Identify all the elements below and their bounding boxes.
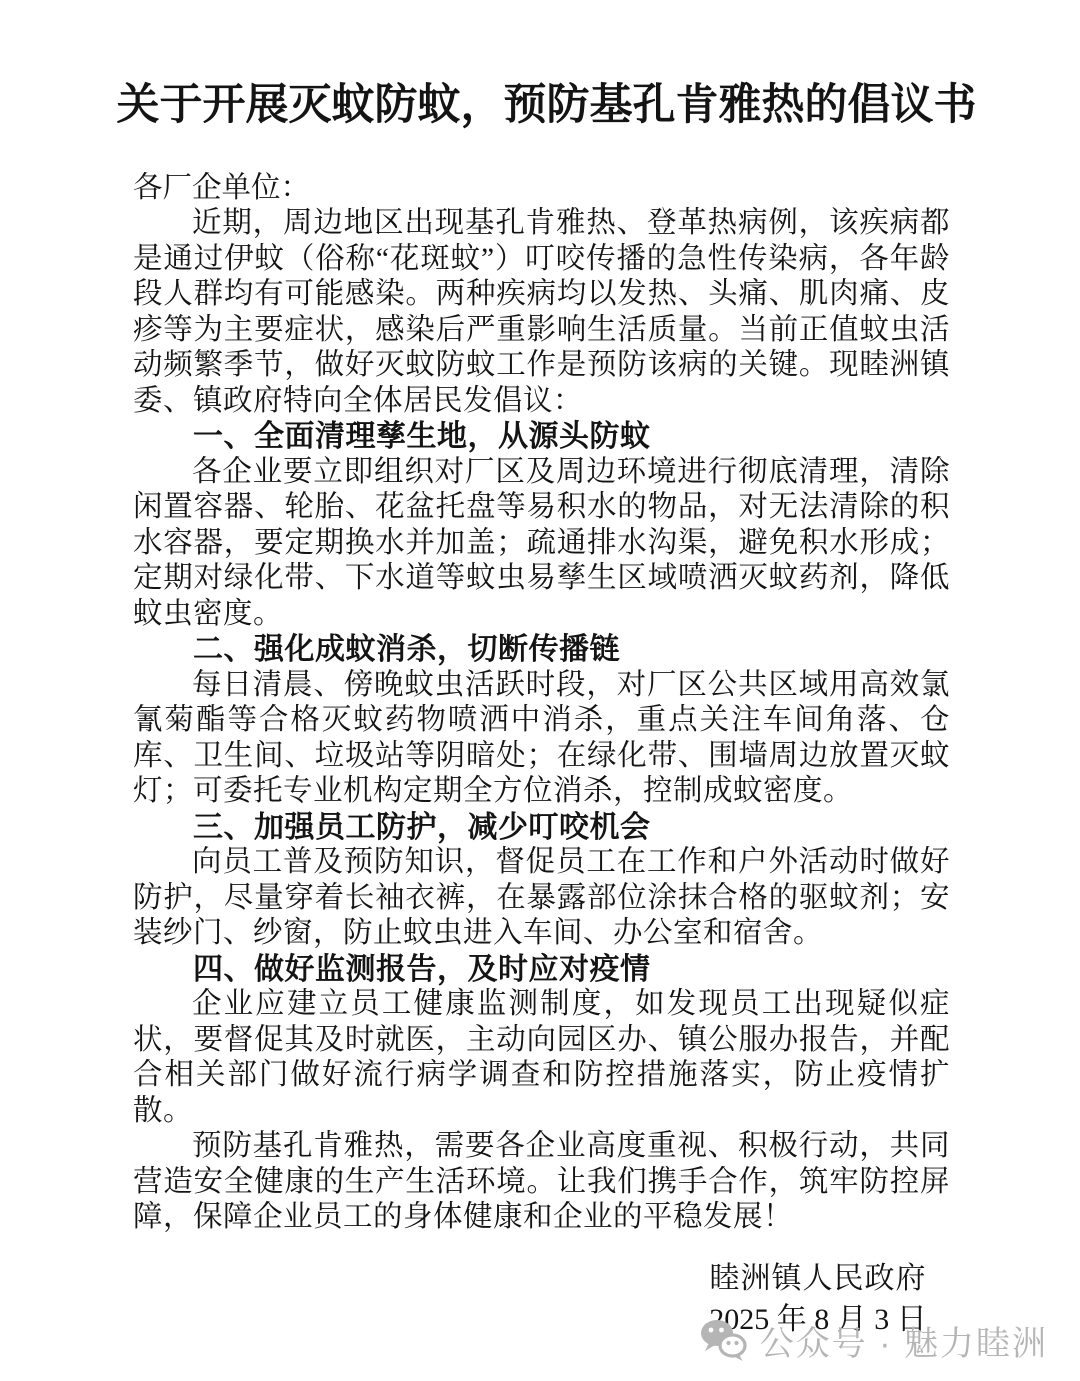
section-1-body: 各企业要立即组织对厂区及周边环境进行彻底清理，清除闲置容器、轮胎、花盆托盘等易积… (133, 455, 950, 633)
section-1-heading: 一、全面清理孳生地，从源头防蚊 (133, 419, 950, 455)
intro-paragraph: 近期，周边地区出现基孔肯雅热、登革热病例，该疾病都是通过伊蚊（俗称“花斑蚊”）叮… (133, 206, 950, 419)
document-title: 关于开展灭蚊防蚊，预防基孔肯雅热的倡议书 (98, 80, 995, 132)
wechat-icon (700, 1319, 748, 1363)
watermark: 公众号 · 魅力睦洲 (700, 1316, 1048, 1365)
section-4-body: 企业应建立员工健康监测制度，如发现员工出现疑似症状，要督促其及时就医，主动向园区… (133, 987, 950, 1129)
salutation: 各厂企单位： (133, 170, 950, 206)
watermark-text: 公众号 · 魅力睦洲 (760, 1316, 1048, 1365)
section-2-heading: 二、强化成蚊消杀，切断传播链 (133, 632, 950, 668)
section-2-body: 每日清晨、傍晚蚊虫活跃时段，对厂区公共区域用高效氯氰菊酯等合格灭蚊药物喷洒中消杀… (133, 668, 950, 810)
document-page: 关于开展灭蚊防蚊，预防基孔肯雅热的倡议书 各厂企单位： 近期，周边地区出现基孔肯… (0, 0, 1080, 1381)
section-3-body: 向员工普及预防知识，督促员工在工作和户外活动时做好防护，尽量穿着长袖衣裤，在暴露… (133, 845, 950, 952)
section-3-heading: 三、加强员工防护，减少叮咬机会 (133, 810, 950, 846)
signature-organization: 睦洲镇人民政府 (678, 1258, 958, 1299)
closing-paragraph: 预防基孔肯雅热，需要各企业高度重视、积极行动，共同营造安全健康的生产生活环境。让… (133, 1129, 950, 1236)
section-4-heading: 四、做好监测报告，及时应对疫情 (133, 952, 950, 988)
